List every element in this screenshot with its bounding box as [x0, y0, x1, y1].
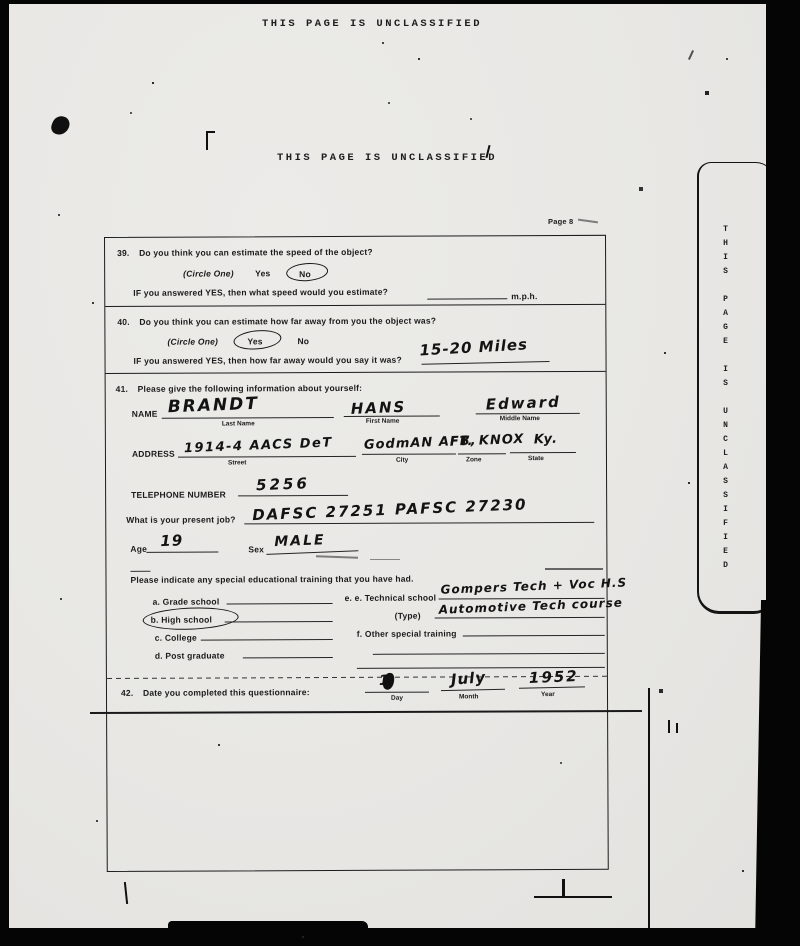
- q41-first-name-sublabel: First Name: [366, 418, 400, 425]
- tick-artifact-1: [206, 132, 208, 150]
- q40-circled-yes-mark: [233, 328, 283, 351]
- q41-address-state-value: Ky.: [534, 432, 559, 448]
- unclassified-stamp-top: THIS PAGE IS UNCLASSIFIED: [262, 18, 482, 30]
- q41-edu-option-e: e. e. Technical school: [345, 593, 437, 603]
- q41-age-line: [146, 552, 218, 554]
- q41-age-value: 19: [160, 531, 184, 550]
- tick-artifact-3: [124, 882, 128, 904]
- q41-edu-option-d: d. Post graduate: [155, 650, 225, 660]
- q41-name-last-value: BRANDT: [167, 394, 259, 418]
- q41-street-sublabel: Street: [228, 459, 246, 466]
- q41-address-street-value: 1914-4 AACS DeT: [184, 435, 333, 456]
- q41-edu-option-f: f. Other special training: [357, 628, 457, 638]
- q41-city-sublabel: City: [396, 457, 408, 464]
- q42-day-sublabel: Day: [391, 695, 403, 702]
- q41-city-line: [362, 453, 456, 455]
- t-mark-vertical-artifact: [562, 879, 565, 898]
- q42-month-line: [441, 689, 505, 692]
- scan-edge-right: [766, 0, 800, 946]
- q40-number: 40.: [117, 317, 129, 327]
- q39-number: 39.: [117, 248, 129, 258]
- tick-artifact-5: [676, 723, 678, 733]
- q41-middle-name-sublabel: Middle Name: [500, 415, 540, 422]
- scan-edge-top: [0, 0, 800, 4]
- questionnaire-form-box: 39. Do you think you can estimate the sp…: [104, 235, 609, 872]
- q42-year-value: 1952: [529, 667, 579, 687]
- q41-zone-line: [458, 453, 506, 454]
- q41-edu-c-line: [201, 639, 333, 641]
- q41-edu-a-line: [227, 603, 333, 605]
- q41-job-label: What is your present job?: [126, 514, 235, 524]
- q39-speed-blank-line: [427, 298, 507, 300]
- q39-followup: IF you answered YES, then what speed wou…: [133, 287, 388, 298]
- scan-edge-bottom-bump: [168, 921, 368, 931]
- q40-separator: [106, 371, 606, 374]
- t-mark-horizontal-artifact: [534, 896, 612, 898]
- q39-separator: [105, 304, 605, 307]
- q41-age-label: Age: [130, 544, 147, 554]
- q40-distance-blank-line: [422, 361, 550, 365]
- q41-sex-value: MALE: [274, 532, 326, 550]
- side-tab: THIS PAGE IS UNCLASSIFIED: [697, 162, 774, 614]
- q41-state-line: [510, 452, 576, 453]
- q42-month-sublabel: Month: [459, 693, 479, 700]
- q40-text: Do you think you can estimate how far aw…: [139, 316, 436, 327]
- q41-edu-d-line: [243, 657, 333, 659]
- q41-edu-b-line: [225, 621, 333, 623]
- q40-answer: 15-20 Miles: [419, 335, 528, 359]
- q41-last-name-sublabel: Last Name: [222, 420, 255, 427]
- q41-edu-f-line2: [373, 653, 605, 655]
- q41-street-line: [178, 456, 356, 458]
- q41-edu-option-c: c. College: [155, 633, 197, 643]
- q41-phone-label: TELEPHONE NUMBER: [131, 489, 226, 499]
- edu-intro-overline-artifact: [130, 571, 150, 572]
- scan-edge-bottom: [0, 928, 800, 946]
- scan-edge-left: [0, 0, 9, 946]
- q41-edu-intro: Please indicate any special educational …: [130, 574, 413, 585]
- q41-edu-e-value: Gompers Tech + Voc H.S: [440, 575, 627, 596]
- vertical-line-artifact: [648, 688, 650, 928]
- q41-zone-sublabel: Zone: [466, 456, 482, 463]
- q42-text: Date you completed this questionnaire:: [143, 687, 310, 698]
- q41-state-sublabel: State: [528, 455, 544, 462]
- q41-phone-line: [238, 495, 348, 497]
- q39-option-yes: Yes: [255, 268, 270, 278]
- q42-month-value: July: [450, 668, 486, 689]
- dust-specks: [0, 0, 2, 2]
- q42-year-line: [519, 686, 585, 689]
- q41-sex-line: [266, 550, 358, 555]
- q41-address-zone-value: FT. KNOX: [450, 432, 525, 450]
- tick-artifact-1b: [206, 131, 215, 133]
- q41-text: Please give the following information ab…: [138, 383, 363, 394]
- q40-circle-one: (Circle One): [167, 337, 218, 347]
- q41-number: 41.: [116, 384, 128, 394]
- dash-artifact-1: [545, 568, 603, 570]
- q41-name-label: NAME: [132, 409, 158, 419]
- q42-day-line: [365, 692, 429, 693]
- q42-year-sublabel: Year: [541, 691, 555, 698]
- q41-edu-option-a: a. Grade school: [153, 597, 220, 607]
- q41-sex-label: Sex: [248, 544, 264, 554]
- q41-job-line: [244, 522, 594, 525]
- q42-number: 42.: [121, 688, 133, 698]
- q41-address-label: ADDRESS: [132, 449, 175, 459]
- tick-artifact-4: [668, 720, 670, 733]
- q39-text: Do you think you can estimate the speed …: [139, 247, 373, 258]
- dash-artifact-4: [578, 219, 598, 223]
- q41-job-value: DAFSC 27251 PAFSC 27230: [252, 495, 528, 524]
- q41-edu-f-line: [463, 635, 605, 637]
- q41-name-middle-value: Edward: [485, 393, 561, 414]
- q41-phone-value: 5256: [256, 474, 310, 494]
- tick-artifact-6: [688, 50, 694, 60]
- q39-circle-one: (Circle One): [183, 268, 234, 278]
- q40-followup: IF you answered YES, then how far away w…: [134, 355, 402, 366]
- q41-edu-type-line: [435, 617, 605, 619]
- unclassified-stamp-side: THIS PAGE IS UNCLASSIFIED: [721, 225, 730, 605]
- scanned-document-page: THIS PAGE IS UNCLASSIFIED THIS PAGE IS U…: [0, 0, 800, 946]
- unclassified-stamp-middle: THIS PAGE IS UNCLASSIFIED: [277, 152, 497, 164]
- q41-edu-type-label: (Type): [395, 611, 421, 621]
- dash-artifact-3: [370, 559, 400, 560]
- q39-mph-label: m.p.h.: [511, 291, 537, 301]
- q41-last-name-line: [162, 417, 334, 419]
- page-number: Page 8: [548, 217, 573, 226]
- ink-blob-artifact: [49, 114, 71, 138]
- q40-option-no: No: [297, 336, 309, 346]
- q39-circled-no-mark: [286, 262, 329, 283]
- q41-edu-circled-b-mark: [142, 606, 239, 632]
